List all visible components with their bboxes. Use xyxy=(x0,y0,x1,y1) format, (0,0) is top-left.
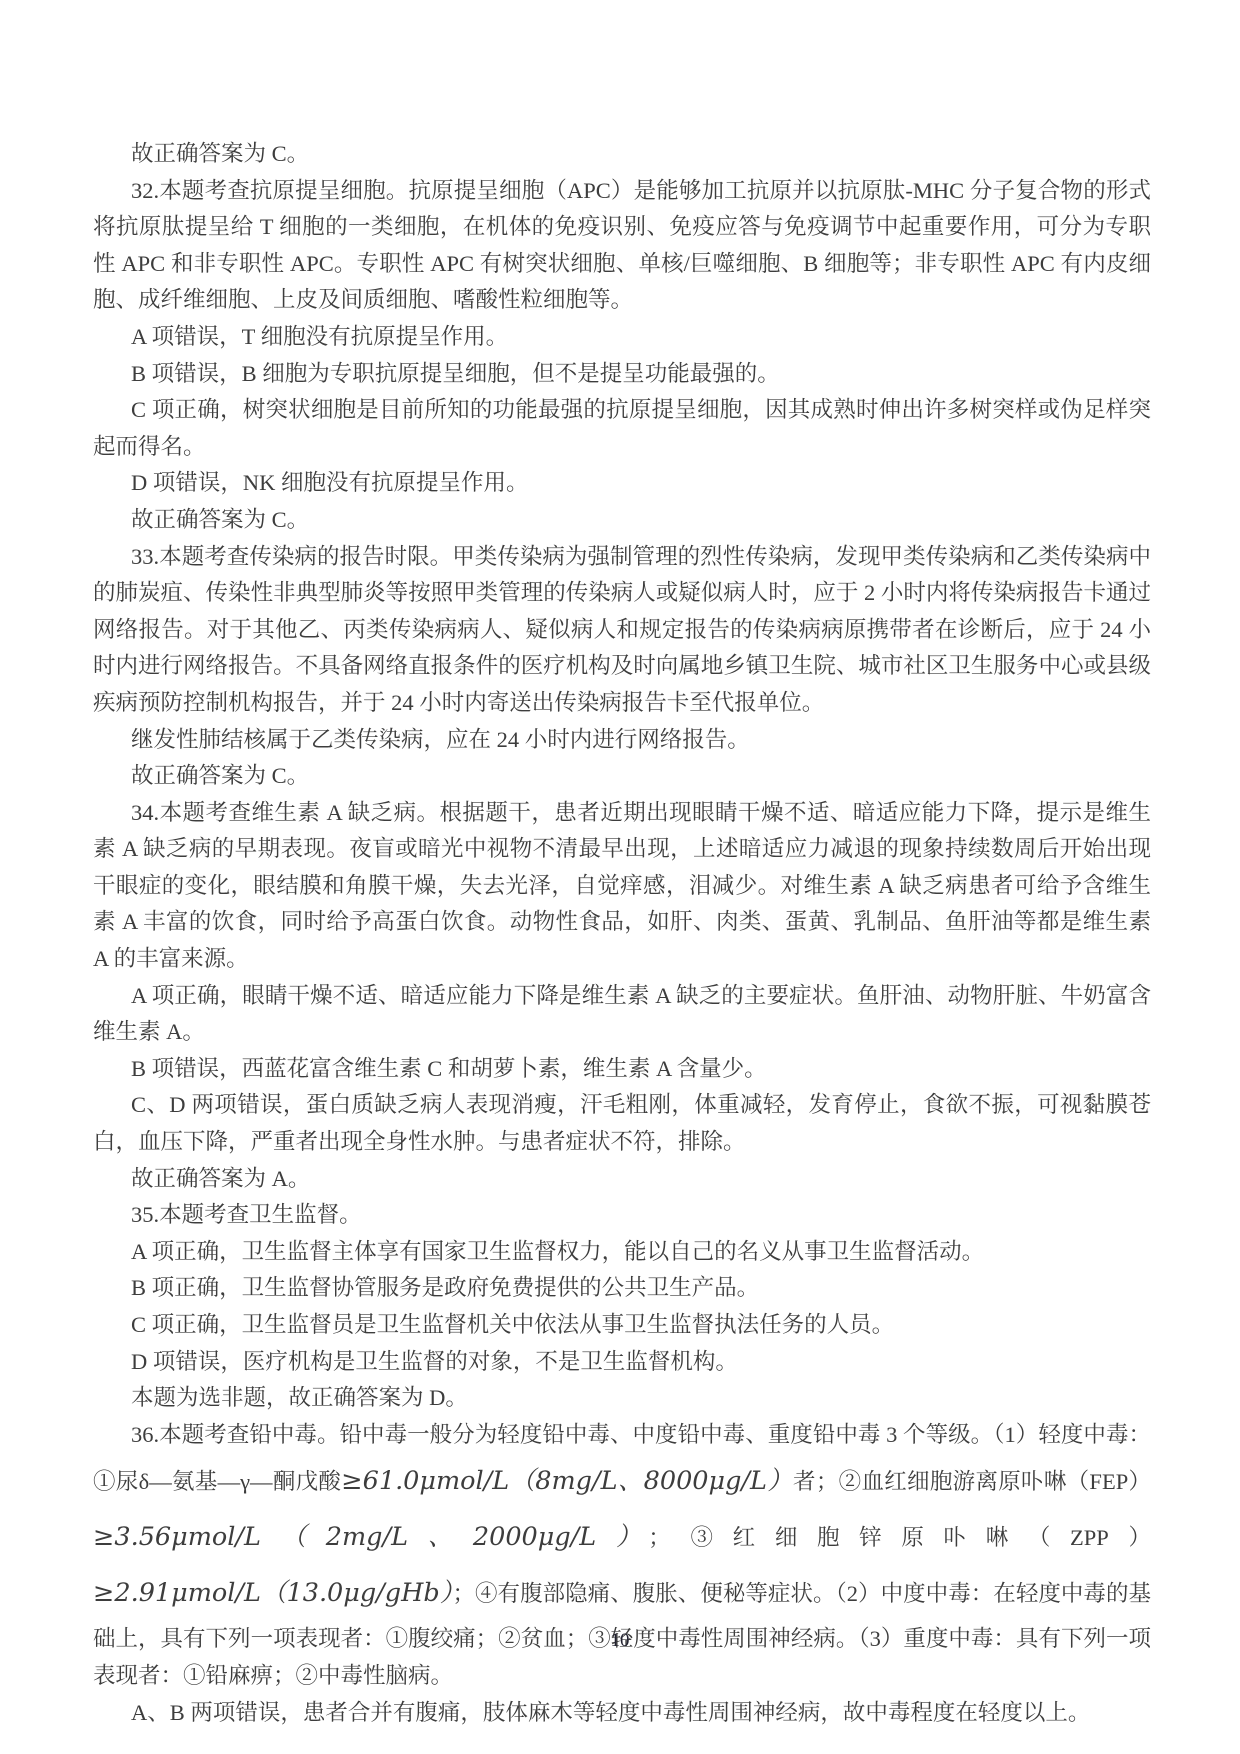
text-run: B 项正确，卫生监督协管服务是政府免费提供的公共卫生产品。 xyxy=(131,1275,759,1300)
paragraph: 35.本题考查卫生监督。 xyxy=(93,1197,1151,1234)
text-run: A 项错误，T 细胞没有抗原提呈作用。 xyxy=(131,324,508,349)
paragraph: A 项错误，T 细胞没有抗原提呈作用。 xyxy=(93,319,1151,356)
text-run: 故正确答案为 C。 xyxy=(131,763,309,788)
text-run: B 项错误，西蓝花富含维生素 C 和胡萝卜素，维生素 A 含量少。 xyxy=(131,1056,767,1081)
document-body: 故正确答案为 C。32.本题考查抗原提呈细胞。抗原提呈细胞（APC）是能够加工抗… xyxy=(93,136,1151,1731)
paragraph: 本题为选非题，故正确答案为 D。 xyxy=(93,1380,1151,1417)
math-run: ≥2.91μmol/L（13.0μg/gHb） xyxy=(93,1578,452,1608)
paragraph: 故正确答案为 A。 xyxy=(93,1161,1151,1198)
text-run: 33.本题考查传染病的报告时限。甲类传染病为强制管理的烈性传染病，发现甲类传染病… xyxy=(93,544,1151,715)
text-run: C 项正确，树突状细胞是目前所知的功能最强的抗原提呈细胞，因其成熟时伸出许多树突… xyxy=(93,397,1151,459)
math-run: ≥61.0μmol/L（8mg/L、8000μg/L） xyxy=(341,1466,793,1496)
text-run: C、D 两项错误，蛋白质缺乏病人表现消瘦，汗毛粗刚，体重减轻，发育停止，食欲不振… xyxy=(93,1092,1151,1154)
text-run: A 项正确，卫生监督主体享有国家卫生监督权力，能以自己的名义从事卫生监督活动。 xyxy=(131,1239,984,1264)
paragraph: B 项错误，西蓝花富含维生素 C 和胡萝卜素，维生素 A 含量少。 xyxy=(93,1051,1151,1088)
text-run: A、B 两项错误，患者合并有腹痛，肢体麻木等轻度中毒性周围神经病，故中毒程度在轻… xyxy=(131,1700,1090,1725)
text-run: 故正确答案为 C。 xyxy=(131,141,309,166)
text-run: 35.本题考查卫生监督。 xyxy=(131,1202,362,1227)
text-run: B 项错误，B 细胞为专职抗原提呈细胞，但不是提呈功能最强的。 xyxy=(131,361,780,386)
text-run: 34.本题考查维生素 A 缺乏病。根据题干，患者近期出现眼睛干燥不适、暗适应能力… xyxy=(93,800,1151,971)
paragraph: C 项正确，树突状细胞是目前所知的功能最强的抗原提呈细胞，因其成熟时伸出许多树突… xyxy=(93,392,1151,465)
paragraph: C、D 两项错误，蛋白质缺乏病人表现消瘦，汗毛粗刚，体重减轻，发育停止，食欲不振… xyxy=(93,1087,1151,1160)
text-run: C 项正确，卫生监督员是卫生监督机关中依法从事卫生监督执法任务的人员。 xyxy=(131,1312,894,1337)
text-run: 者；②血红细胞游离原卟啉（FEP） xyxy=(793,1469,1151,1494)
text-run: 本题为选非题，故正确答案为 D。 xyxy=(131,1385,468,1410)
paragraph: 故正确答案为 C。 xyxy=(93,136,1151,173)
paragraph: 33.本题考查传染病的报告时限。甲类传染病为强制管理的烈性传染病，发现甲类传染病… xyxy=(93,539,1151,722)
math-run: ≥3.56μmol/L（2mg/L、2000μg/L） xyxy=(93,1522,648,1552)
text-run: D 项错误，NK 细胞没有抗原提呈作用。 xyxy=(131,470,529,495)
paragraph: C 项正确，卫生监督员是卫生监督机关中依法从事卫生监督执法任务的人员。 xyxy=(93,1307,1151,1344)
paragraph: 故正确答案为 C。 xyxy=(93,502,1151,539)
paragraph: D 项错误，NK 细胞没有抗原提呈作用。 xyxy=(93,465,1151,502)
paragraph: A 项正确，眼睛干燥不适、暗适应能力下降是维生素 A 缺乏的主要症状。鱼肝油、动… xyxy=(93,978,1151,1051)
paragraph: B 项正确，卫生监督协管服务是政府免费提供的公共卫生产品。 xyxy=(93,1270,1151,1307)
paragraph: 34.本题考查维生素 A 缺乏病。根据题干，患者近期出现眼睛干燥不适、暗适应能力… xyxy=(93,795,1151,978)
paragraph: B 项错误，B 细胞为专职抗原提呈细胞，但不是提呈功能最强的。 xyxy=(93,356,1151,393)
page-number: 10 xyxy=(0,1630,1240,1652)
paragraph: 32.本题考查抗原提呈细胞。抗原提呈细胞（APC）是能够加工抗原并以抗原肽-MH… xyxy=(93,173,1151,319)
text-run: ；③红细胞锌原卟啉（ZPP） xyxy=(648,1525,1151,1550)
paragraph: D 项错误，医疗机构是卫生监督的对象，不是卫生监督机构。 xyxy=(93,1344,1151,1381)
document-page: 故正确答案为 C。32.本题考查抗原提呈细胞。抗原提呈细胞（APC）是能够加工抗… xyxy=(0,0,1240,1754)
text-run: 继发性肺结核属于乙类传染病，应在 24 小时内进行网络报告。 xyxy=(131,727,750,752)
paragraph: A、B 两项错误，患者合并有腹痛，肢体麻木等轻度中毒性周围神经病，故中毒程度在轻… xyxy=(93,1695,1151,1732)
paragraph: 故正确答案为 C。 xyxy=(93,758,1151,795)
text-run: 32.本题考查抗原提呈细胞。抗原提呈细胞（APC）是能够加工抗原并以抗原肽-MH… xyxy=(93,178,1151,313)
paragraph: A 项正确，卫生监督主体享有国家卫生监督权力，能以自己的名义从事卫生监督活动。 xyxy=(93,1234,1151,1271)
text-run: 故正确答案为 C。 xyxy=(131,507,309,532)
paragraph: 36.本题考查铅中毒。铅中毒一般分为轻度铅中毒、中度铅中毒、重度铅中毒 3 个等… xyxy=(93,1417,1151,1695)
text-run: A 项正确，眼睛干燥不适、暗适应能力下降是维生素 A 缺乏的主要症状。鱼肝油、动… xyxy=(93,983,1151,1045)
text-run: 故正确答案为 A。 xyxy=(131,1166,310,1191)
paragraph: 继发性肺结核属于乙类传染病，应在 24 小时内进行网络报告。 xyxy=(93,722,1151,759)
text-run: D 项错误，医疗机构是卫生监督的对象，不是卫生监督机构。 xyxy=(131,1349,738,1374)
